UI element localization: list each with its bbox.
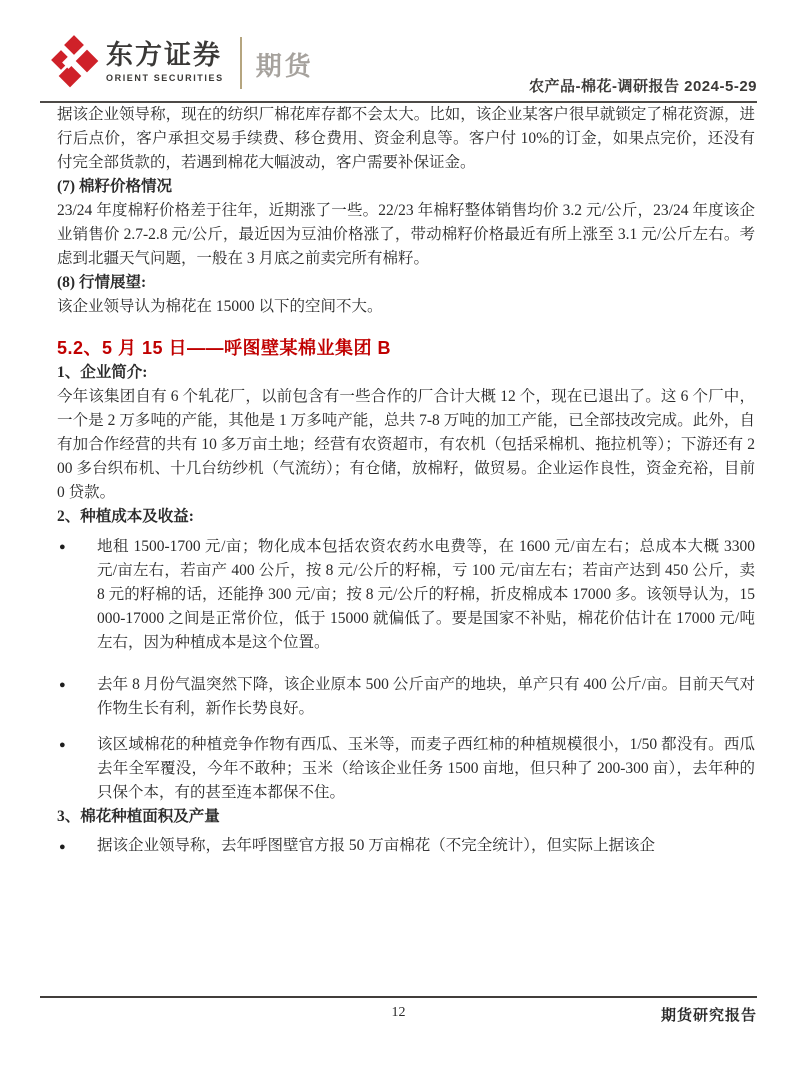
- list-item: ● 据该企业领导称，去年呼图壁官方报 50 万亩棉花（不完全统计），但实际上据该…: [57, 835, 755, 859]
- section-title-5-2: 5.2、5 月 15 日——呼图壁某棉业集团 B: [57, 335, 755, 361]
- brand-logo: 东方证券 ORIENT SECURITIES 期货: [53, 37, 314, 89]
- heading-planting-cost: 2、种植成本及收益:: [57, 505, 755, 529]
- heading-planting-area: 3、棉花种植面积及产量: [57, 805, 755, 829]
- bullet-icon: ●: [57, 835, 97, 859]
- list-item: ● 该区域棉花的种植竞争作物有西瓜、玉米等，而麦子西红柿的种植规模很小，1/50…: [57, 733, 755, 805]
- bullet-competing-crops: 该区域棉花的种植竞争作物有西瓜、玉米等，而麦子西红柿的种植规模很小，1/50 都…: [97, 733, 755, 805]
- page-footer: 12 期货研究报告: [40, 996, 757, 1038]
- logo-divider: [240, 37, 242, 89]
- paragraph-company-intro: 今年该集团自有 6 个轧花厂，以前包含有一些合作的厂合计大概 12 个，现在已退…: [57, 385, 755, 505]
- brand-name-cn: 东方证券: [106, 40, 224, 70]
- report-body: 据该企业领导称，现在的纺织厂棉花库存都不会太大。比如，该企业某客户很早就锁定了棉…: [57, 103, 755, 859]
- page-header: 东方证券 ORIENT SECURITIES 期货 农产品-棉花-调研报告 20…: [40, 0, 757, 103]
- report-page: 东方证券 ORIENT SECURITIES 期货 农产品-棉花-调研报告 20…: [0, 0, 793, 1077]
- paragraph-cottonseed-price: 23/24 年度棉籽价格差于往年，近期涨了一些。22/23 年棉籽整体销售均价 …: [57, 199, 755, 271]
- paragraph-market-outlook: 该企业领导认为棉花在 15000 以下的空间不大。: [57, 295, 755, 319]
- brand-text: 东方证券 ORIENT SECURITIES: [106, 40, 224, 83]
- bullet-icon: ●: [57, 733, 97, 757]
- page-number: 12: [392, 1005, 406, 1021]
- report-title-date: 农产品-棉花-调研报告 2024-5-29: [529, 75, 757, 96]
- heading-cottonseed-price: (7) 棉籽价格情况: [57, 175, 755, 199]
- bullet-weather-yield: 去年 8 月份气温突然下降，该企业原本 500 公斤亩产的地块，单产只有 400…: [97, 673, 755, 721]
- heading-company-intro: 1、企业简介:: [57, 361, 755, 385]
- orient-securities-diamond-icon: [53, 37, 97, 87]
- division-label: 期货: [256, 46, 314, 83]
- bullet-icon: ●: [57, 535, 97, 559]
- list-item: ● 地租 1500-1700 元/亩；物化成本包括农资农药水电费等，在 1600…: [57, 535, 755, 655]
- brand-name-en: ORIENT SECURITIES: [106, 73, 224, 83]
- paragraph-spinning-mill-inventory: 据该企业领导称，现在的纺织厂棉花库存都不会太大。比如，该企业某客户很早就锁定了棉…: [57, 103, 755, 175]
- footer-report-type: 期货研究报告: [661, 1004, 757, 1025]
- list-item: ● 去年 8 月份气温突然下降，该企业原本 500 公斤亩产的地块，单产只有 4…: [57, 673, 755, 721]
- bullet-land-rent-cost: 地租 1500-1700 元/亩；物化成本包括农资农药水电费等，在 1600 元…: [97, 535, 755, 655]
- bullet-icon: ●: [57, 673, 97, 697]
- heading-market-outlook: (8) 行情展望:: [57, 271, 755, 295]
- bullet-official-area-report: 据该企业领导称，去年呼图壁官方报 50 万亩棉花（不完全统计），但实际上据该企: [97, 835, 755, 857]
